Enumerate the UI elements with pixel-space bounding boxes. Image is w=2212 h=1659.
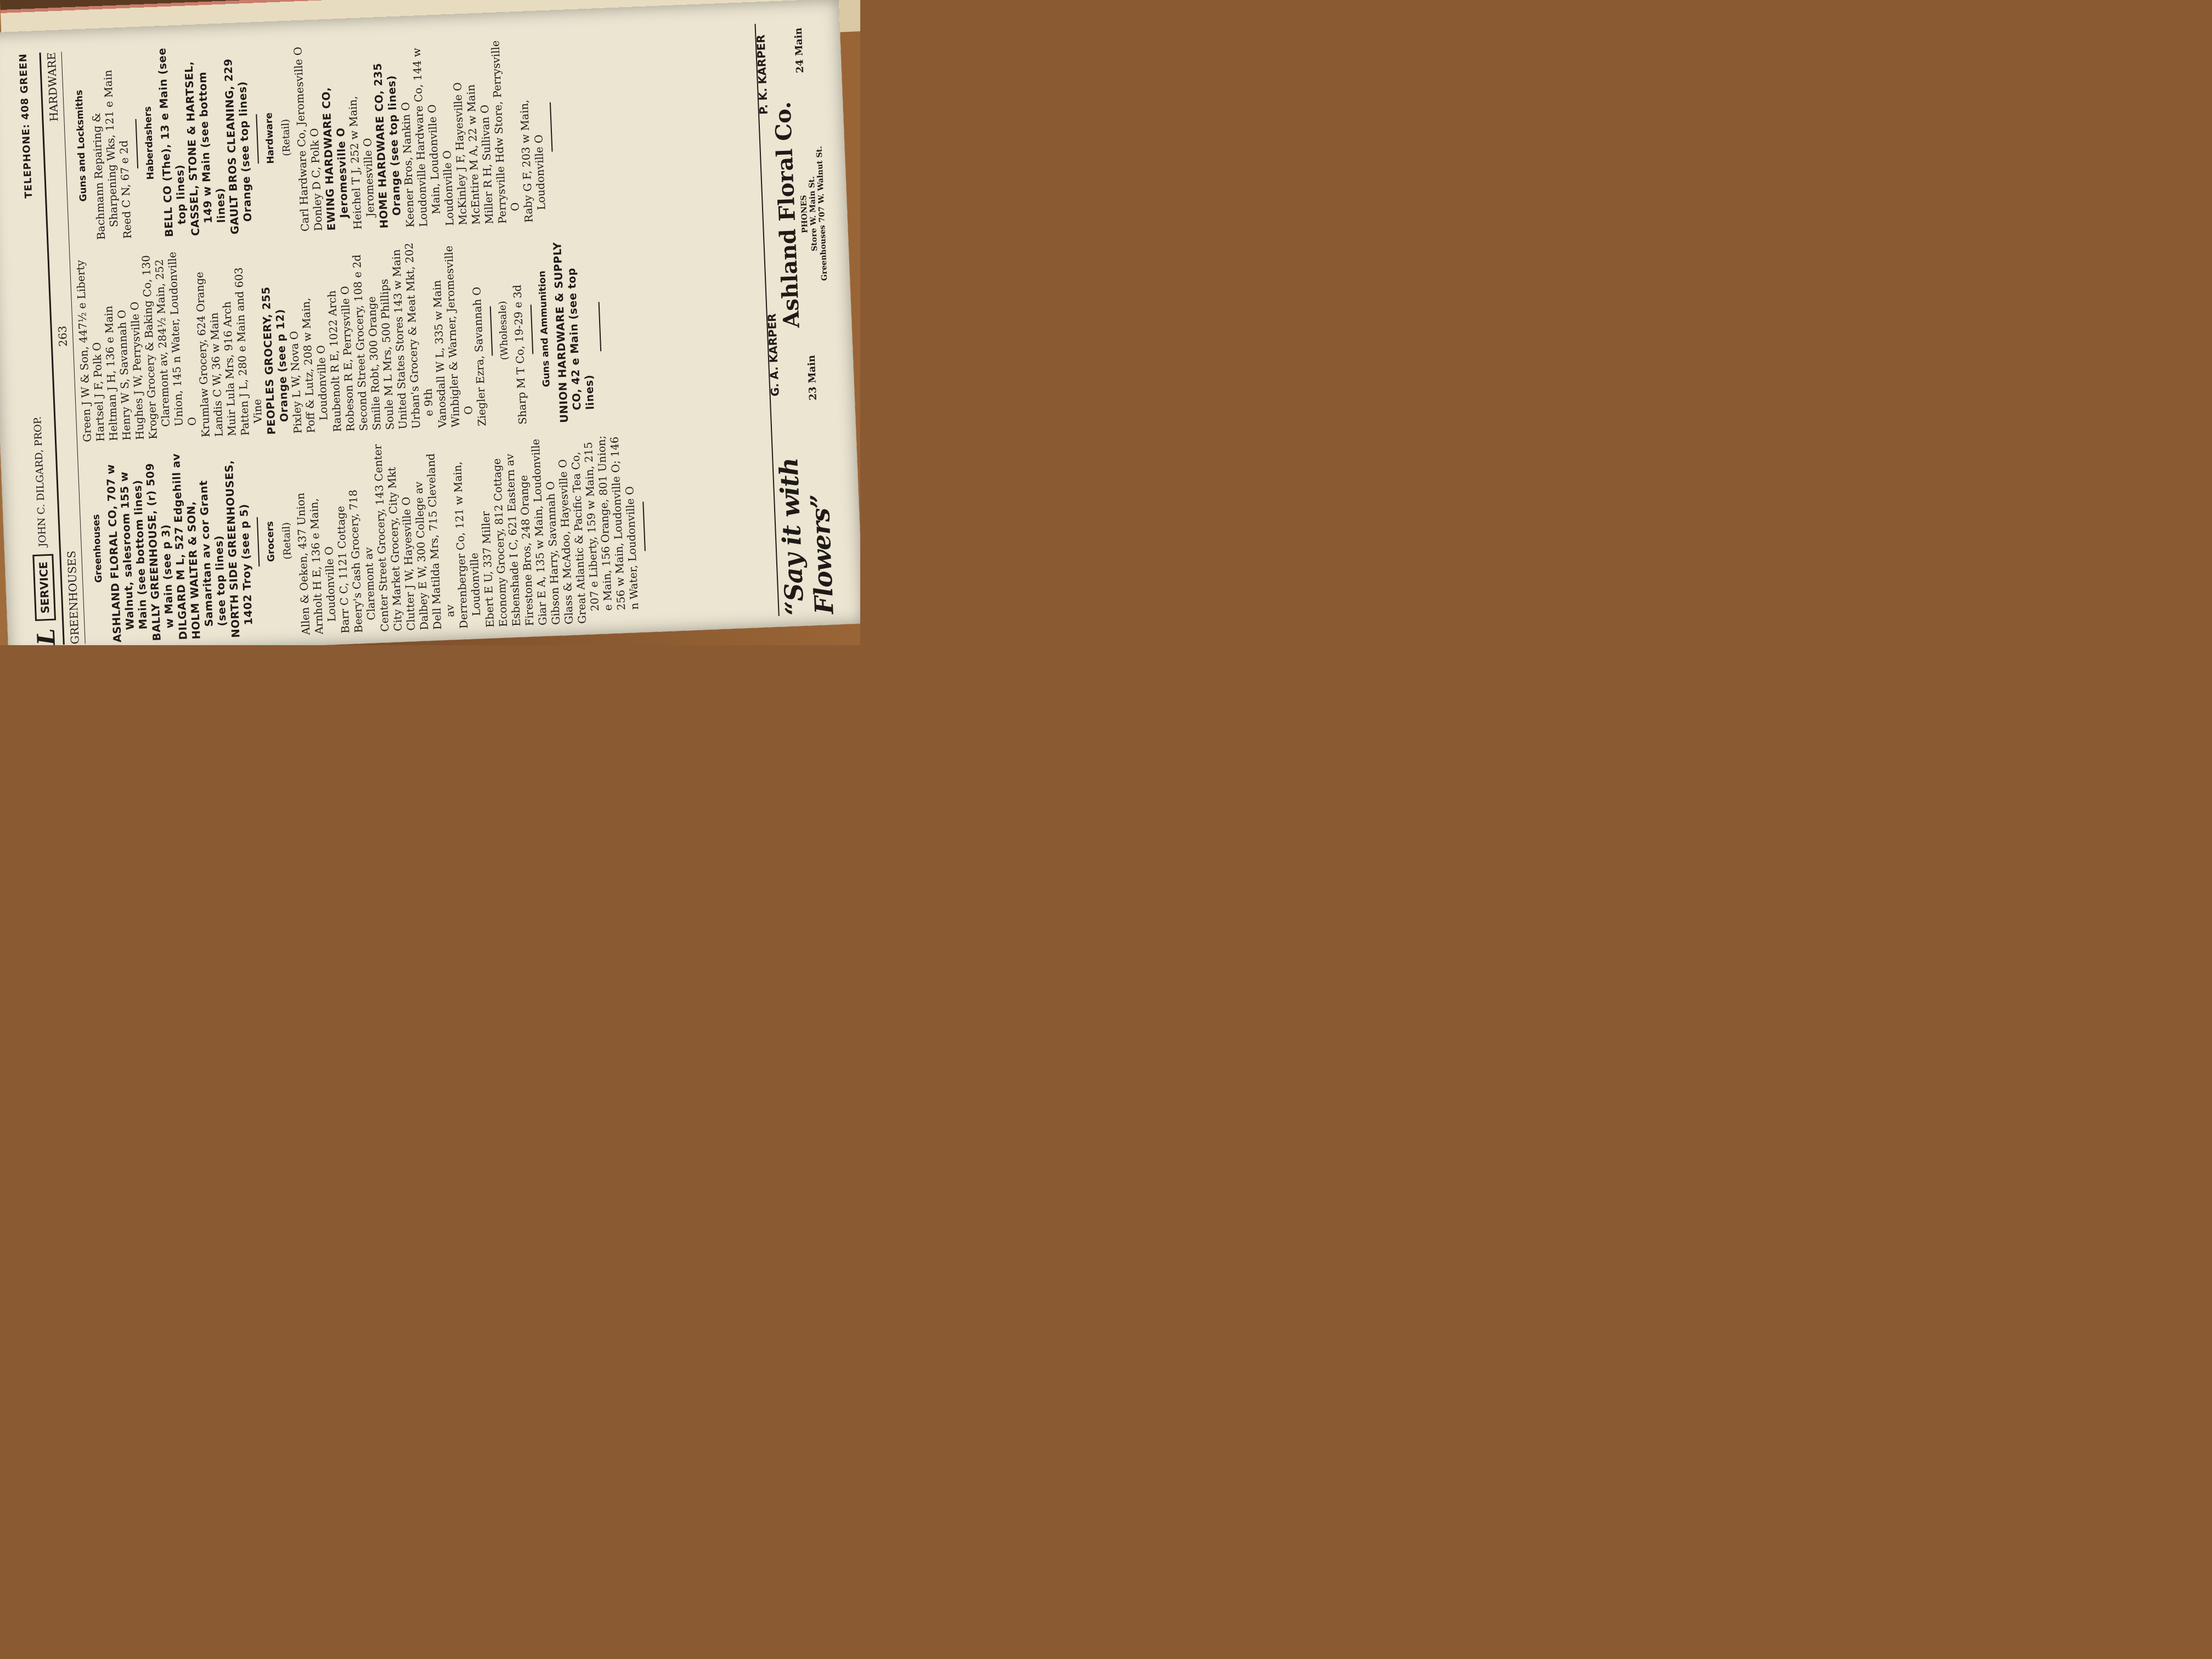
phone-left: 23 Main <box>805 354 833 401</box>
directory-column: Guns and LocksmithsBachmann Repairing & … <box>65 24 758 241</box>
telephone: TELEPHONE: 408 GREEN <box>17 53 35 199</box>
phone-right: 24 Main <box>792 27 820 74</box>
section-divider <box>550 102 553 151</box>
header-left: L SERVICE JOHN C. DILGARD, PROP. <box>24 416 61 645</box>
section-divider <box>256 114 259 163</box>
directory-entry: CASSEL, STONE & HARTSEL, 149 w Main (see… <box>182 46 229 236</box>
section-divider <box>531 304 534 354</box>
ad-slogan: “Say it with Flowers” <box>772 405 839 616</box>
directory-column: GreenhousesASHLAND FLORAL CO, 707 w Waln… <box>82 427 775 644</box>
section-divider <box>599 302 602 351</box>
page-content: L SERVICE JOHN C. DILGARD, PROP. TELEPHO… <box>7 21 842 645</box>
directory-columns: GreenhousesASHLAND FLORAL CO, 707 w Waln… <box>65 24 774 644</box>
phones-center: PHONES Store W. Main St. Greenhouses 707… <box>797 146 829 282</box>
logo-icon: L <box>32 628 60 645</box>
page-number: 263 <box>56 325 74 347</box>
section-divider <box>257 517 260 567</box>
directory-entry: Kroger Grocery & Baking Co, 130 Claremon… <box>139 248 200 439</box>
directory-column: Green J W & Son, 447½ e LibertyHartsel J… <box>74 225 766 442</box>
directory-entry: ASHLAND FLORAL CO, 707 w Walnut, salesro… <box>104 452 151 643</box>
service-label: SERVICE <box>32 554 56 621</box>
proprietor: JOHN C. DILGARD, PROP. <box>32 416 49 548</box>
section-divider <box>490 306 493 356</box>
section-divider <box>642 502 646 551</box>
running-head-left: GREENHOUSES <box>65 550 85 645</box>
section-divider <box>136 119 139 168</box>
running-head-right: HARDWARE <box>45 52 64 122</box>
directory-entry: HOLM WALTER & SON, Samaritan av cor Gran… <box>183 449 230 640</box>
directory-entry: Great Atlantic & Pacific Tea Co, 207 e L… <box>568 432 642 624</box>
directory-entry: UNION HARDWARE & SUPPLY CO, 42 e Main (s… <box>551 232 598 423</box>
ad-body: G. A. KARPER P. K. KARPER Ashland Floral… <box>753 21 834 408</box>
directory-page: L SERVICE JOHN C. DILGARD, PROP. TELEPHO… <box>0 0 860 645</box>
